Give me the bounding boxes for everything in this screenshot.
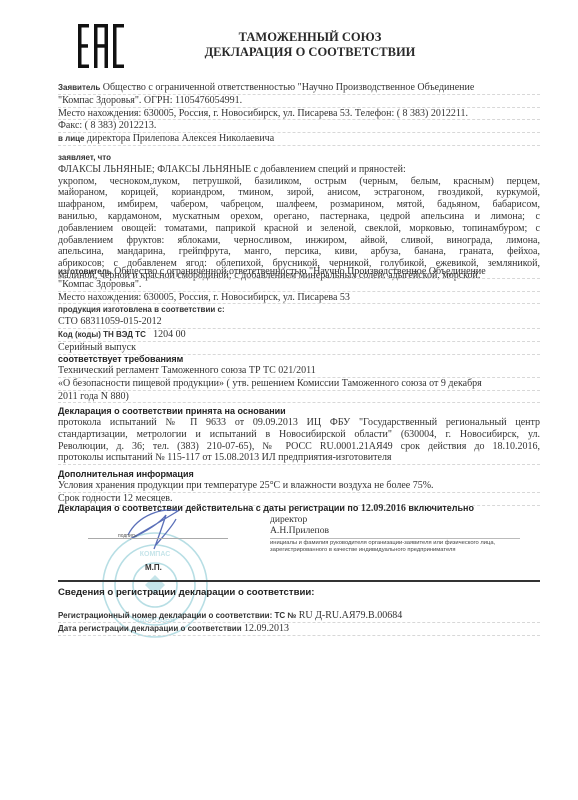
basis-line-1: протокола испытаний № П 9633 от 09.09.20…: [58, 417, 540, 428]
product-line: ванилью, кардамоном, мускатным орехом, о…: [58, 211, 540, 222]
requirements-regulation: Технический регламент Таможенного союза …: [58, 365, 316, 376]
declares-section: заявляет, что ФЛАКСЫ ЛЬНЯНЫЕ; ФЛАКСЫ ЛЬН…: [58, 152, 540, 282]
product-line: апельсина, мандарина, грейпфрута, манго,…: [58, 246, 540, 257]
registration-date: 12.09.2013: [244, 623, 289, 634]
signatory-caption: инициалы и фамилия руководителя организа…: [270, 540, 530, 554]
basis-section: Декларация о соответствии принята на осн…: [58, 405, 540, 465]
requirements-section: соответствует требованиям Технический ре…: [58, 353, 540, 403]
requirements-label: соответствует требованиям: [58, 353, 540, 365]
applicant-fax: Факс: ( 8 383) 2012213.: [58, 120, 156, 131]
applicant-label: Заявитель: [58, 83, 100, 92]
requirements-date: 2011 года N 880): [58, 391, 129, 402]
signature-icon: [118, 505, 188, 553]
signatory-name: А.Н.Прилепов: [270, 525, 329, 536]
basis-line-4: протоколы испытаний № 115-117 от 15.08.2…: [58, 452, 392, 463]
manufacturer-address: Место нахождения: 630005, Россия, г. Нов…: [58, 292, 350, 303]
basis-line-2: стандартизации, метрологии и испытаний в…: [58, 429, 540, 440]
basis-label: Декларация о соответствии принята на осн…: [58, 405, 540, 417]
represented-by-value: директора Прилепова Алексея Николаевича: [87, 133, 274, 144]
applicant-name-cont: "Компас Здоровья". ОГРН: 1105476054991.: [58, 95, 242, 106]
eac-logo-icon: [78, 24, 124, 68]
manufacturer-name-cont: "Компас Здоровья".: [58, 279, 141, 290]
represented-by-section: в лице директора Прилепова Алексея Никол…: [58, 133, 540, 146]
applicant-section: Заявитель Общество с ограниченной ответс…: [58, 82, 540, 133]
product-line: шафраном, имбирем, чабером, чабрецом, ша…: [58, 199, 540, 210]
document-title: ТАМОЖЕННЫЙ СОЮЗ ДЕКЛАРАЦИЯ О СООТВЕТСТВИ…: [160, 30, 460, 60]
registration-date-label: Дата регистрации декларации о соответств…: [58, 624, 242, 633]
requirements-title: «О безопасности пищевой продукции» ( утв…: [58, 378, 482, 389]
tn-ved-value: 1204 00: [153, 329, 186, 340]
title-declaration: ДЕКЛАРАЦИЯ О СООТВЕТСТВИИ: [160, 45, 460, 60]
additional-label: Дополнительная информация: [58, 468, 540, 480]
validity-suffix: включительно: [408, 503, 474, 513]
signatory-line: [270, 538, 520, 539]
manufacturer-label: изготовитель: [58, 267, 112, 276]
registration-number: RU Д-RU.АЯ79.В.00684: [299, 610, 403, 621]
signature-caption: подпись: [118, 533, 137, 539]
registration-header: Сведения о регистрации декларации о соот…: [58, 587, 314, 598]
validity-date: 12.09.2016: [361, 503, 406, 514]
applicant-address: Место нахождения: 630005, Россия, г. Нов…: [58, 108, 468, 119]
signatory-position: директор: [270, 514, 329, 525]
registration-number-label: Регистрационный номер декларации о соотв…: [58, 611, 296, 620]
product-description: ФЛАКСЫ ЛЬНЯНЫЕ; ФЛАКСЫ ЛЬНЯНЫЕ с добавле…: [58, 164, 540, 282]
product-line: ФЛАКСЫ ЛЬНЯНЫЕ; ФЛАКСЫ ЛЬНЯНЫЕ с добавле…: [58, 164, 406, 175]
registration-section: Регистрационный номер декларации о соотв…: [58, 610, 540, 636]
declares-label: заявляет, что: [58, 153, 111, 162]
product-line: укропом, чесноком,луком, петрушкой, бази…: [58, 176, 540, 187]
release-type: Серийный выпуск: [58, 342, 136, 353]
produced-per-label: продукция изготовлена в соответствии с:: [58, 305, 225, 314]
validity-label: Декларация о соответствии действительна …: [58, 503, 358, 513]
product-line: майораном, корицей, кориандром, тмином, …: [58, 187, 540, 198]
basis-line-3: Революции, д. 36; тел. (383) 210-07-65),…: [58, 441, 540, 452]
title-union: ТАМОЖЕННЫЙ СОЮЗ: [160, 30, 460, 45]
additional-section: Дополнительная информация Условия хранен…: [58, 468, 540, 506]
storage-conditions: Условия хранения продукции при температу…: [58, 480, 434, 491]
tn-ved-label: Код (коды) ТН ВЭД ТС: [58, 330, 146, 339]
signature-line: [88, 538, 228, 539]
signatory: директор А.Н.Прилепов: [270, 514, 329, 536]
stamp-place-label: М.П.: [145, 563, 162, 572]
product-line: добавлением овощей: томатами, паприкой к…: [58, 223, 540, 234]
manufacturer-section: изготовитель Общество с ограниченной отв…: [58, 266, 540, 355]
represented-by-label: в лице: [58, 134, 85, 143]
produced-per-value: СТО 68311059-015-2012: [58, 316, 162, 327]
section-divider: [58, 580, 540, 582]
manufacturer-name: Общество с ограниченной ответственностью…: [114, 266, 486, 277]
product-line: добавлением фруктов: яблоками, чернослив…: [58, 235, 540, 246]
applicant-name: Общество с ограниченной ответственностью…: [103, 82, 475, 93]
